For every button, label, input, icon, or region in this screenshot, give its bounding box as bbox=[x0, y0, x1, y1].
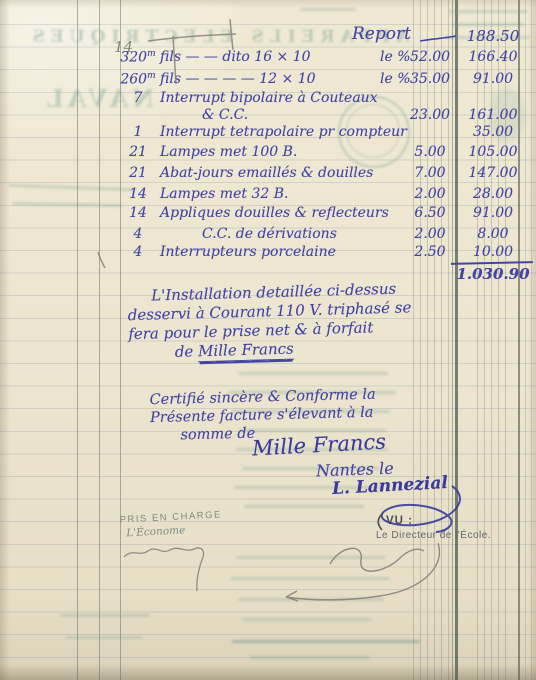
bleedthrough-handwriting bbox=[60, 614, 150, 617]
item-qty: 1 bbox=[118, 124, 158, 140]
item-qty: 14 bbox=[118, 186, 158, 202]
item-description: Appliques douilles & reflecteurs bbox=[160, 205, 389, 221]
item-description: & C.C. bbox=[202, 107, 248, 123]
invoice-line: 4 C.C. de dérivations 2.00 8.00 bbox=[0, 226, 536, 246]
invoice-line: 1 Interrupt tetrapolaire pr compteur 35.… bbox=[0, 124, 536, 144]
item-amount: 166.40 bbox=[456, 49, 530, 65]
item-qty: 21 bbox=[118, 144, 158, 160]
item-amount: 147.00 bbox=[456, 165, 530, 181]
item-description: C.C. de dérivations bbox=[202, 226, 337, 242]
bleedthrough-handwriting bbox=[448, 10, 528, 13]
item-unit-price: 2.00 bbox=[406, 186, 454, 202]
item-unit-price: 52.00 bbox=[406, 49, 454, 65]
item-qty: 21 bbox=[118, 165, 158, 181]
item-description: fils — — — — 12 × 10 bbox=[160, 71, 316, 87]
item-unit-price: 7.00 bbox=[406, 165, 454, 181]
item-description: Interrupt tetrapolaire pr compteur bbox=[160, 124, 407, 140]
invoice-line: 21 Abat-jours emaillés & douilles 7.00 1… bbox=[0, 165, 536, 185]
amount-in-words-emphasis: Mille Francs bbox=[198, 340, 294, 363]
item-qty: 4 bbox=[118, 244, 158, 260]
invoice-line: 320m fils — — dito 16 × 10 le % 52.00 16… bbox=[0, 49, 536, 69]
bleedthrough-handwriting bbox=[244, 505, 364, 508]
installation-note: L'Installation detaillée ci-dessus desse… bbox=[127, 279, 429, 363]
item-qty: 320m bbox=[118, 49, 158, 66]
bleedthrough-handwriting bbox=[230, 577, 390, 580]
vu-stamp: VU : bbox=[386, 515, 413, 527]
invoice-page: APPAREILS ELECTRIQUES NAVAL 14 Report 18… bbox=[0, 0, 536, 680]
bleedthrough-handwriting bbox=[452, 23, 524, 26]
director-stamp: Le Directeur de l'École. bbox=[376, 530, 491, 541]
page-edge bbox=[0, 0, 10, 680]
item-amount: 91.00 bbox=[456, 205, 530, 221]
item-amount: 28.00 bbox=[456, 186, 530, 202]
page-edge bbox=[528, 0, 536, 680]
item-qty: 7 bbox=[118, 90, 158, 106]
item-qty: 4 bbox=[118, 226, 158, 242]
report-amount: 188.50 bbox=[456, 27, 530, 45]
bleedthrough-handwriting bbox=[250, 656, 370, 659]
invoice-line: 14 Lampes met 32 B. 2.00 28.00 bbox=[0, 186, 536, 206]
bleedthrough-handwriting bbox=[238, 372, 388, 375]
item-description: Interrupt bipolaire à Couteaux bbox=[160, 90, 378, 106]
item-amount: 161.00 bbox=[456, 107, 530, 123]
item-unit-price: 23.00 bbox=[406, 107, 454, 123]
item-amount: 105.00 bbox=[456, 144, 530, 160]
item-amount: 10.00 bbox=[456, 244, 530, 260]
bleedthrough-handwriting bbox=[242, 618, 372, 621]
item-unit-price: 2.50 bbox=[406, 244, 454, 260]
item-unit-price: 35.00 bbox=[406, 71, 454, 87]
bleedthrough-handwriting bbox=[236, 556, 386, 559]
report-label: Report bbox=[352, 24, 411, 44]
page-edge bbox=[0, 664, 536, 680]
bleedthrough-handwriting bbox=[300, 8, 356, 11]
invoice-line: 14 Appliques douilles & reflecteurs 6.50… bbox=[0, 205, 536, 225]
item-description: Lampes met 32 B. bbox=[160, 186, 288, 202]
item-description: fils — — dito 16 × 10 bbox=[160, 49, 311, 65]
item-description: Lampes met 100 B. bbox=[160, 144, 297, 160]
item-qty: 14 bbox=[118, 205, 158, 221]
total-amount: 1.030.90 bbox=[452, 265, 534, 283]
pris-en-charge-stamp: PRIS EN CHARGE L'Économe bbox=[119, 509, 222, 539]
invoice-line: 4 Interrupteurs porcelaine 2.50 10.00 bbox=[0, 244, 536, 264]
invoice-line: 21 Lampes met 100 B. 5.00 105.00 bbox=[0, 144, 536, 164]
bleedthrough-handwriting bbox=[66, 636, 142, 639]
item-unit-price: 6.50 bbox=[406, 205, 454, 221]
item-amount: 8.00 bbox=[456, 226, 530, 242]
invoice-line: 260m fils — — — — 12 × 10 le % 35.00 91.… bbox=[0, 71, 536, 91]
item-qty: 260m bbox=[118, 71, 158, 88]
bleedthrough-handwriting bbox=[232, 640, 420, 643]
item-description: Abat-jours emaillés & douilles bbox=[160, 165, 373, 181]
item-description: Interrupteurs porcelaine bbox=[160, 244, 336, 260]
item-unit-price: 2.00 bbox=[406, 226, 454, 242]
page-edge bbox=[0, 0, 536, 8]
item-unit-price: 5.00 bbox=[406, 144, 454, 160]
bleedthrough-handwriting bbox=[238, 598, 384, 601]
item-amount: 91.00 bbox=[456, 71, 530, 87]
item-amount: 35.00 bbox=[456, 124, 530, 140]
